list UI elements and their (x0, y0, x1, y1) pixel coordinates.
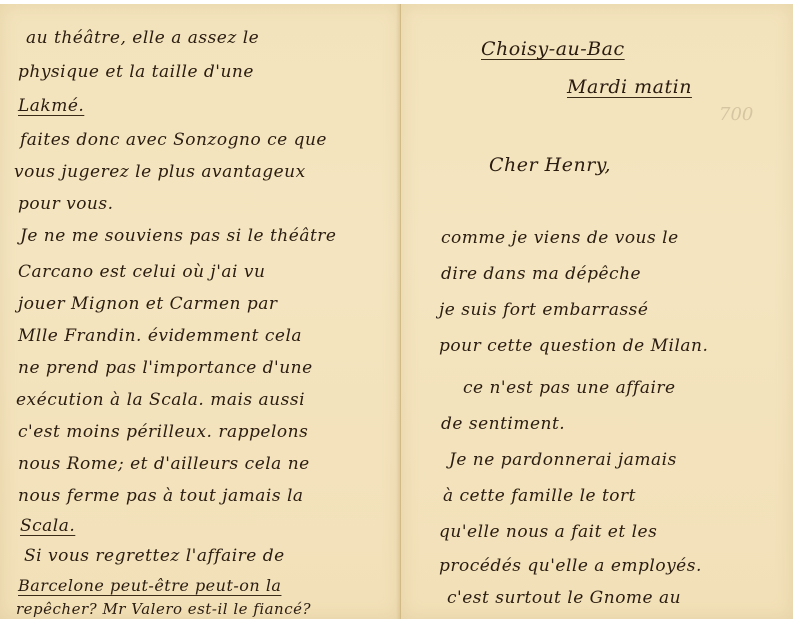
letter-line: de sentiment. (441, 414, 565, 434)
letter-line: c'est surtout le Gnome au (447, 588, 681, 608)
letter-line: à cette famille le tort (443, 486, 636, 506)
letter-line: Je ne me souviens pas si le théâtre (20, 226, 336, 246)
letter-line: pour vous. (18, 194, 114, 214)
letter-line: je suis fort embarrassé (439, 300, 648, 320)
left-page: au théâtre, elle a assez le physique et … (0, 4, 401, 619)
letter-line: Je ne pardonnerai jamais (449, 450, 677, 470)
letter-line: ne prend pas l'importance d'une (18, 358, 313, 378)
faint-archive-mark: 700 (719, 104, 753, 125)
letter-date: Mardi matin (567, 76, 692, 98)
letter-salutation: Cher Henry, (489, 154, 611, 176)
letter-line: faites donc avec Sonzogno ce que (20, 130, 327, 150)
letter-line: ce n'est pas une affaire (463, 378, 676, 398)
letter-spread: au théâtre, elle a assez le physique et … (0, 0, 800, 623)
letter-line-underlined: Lakmé. (18, 96, 84, 116)
letter-line: exécution à la Scala. mais aussi (16, 390, 305, 410)
letter-line: comme je viens de vous le (441, 228, 679, 248)
letter-line: nous ferme pas à tout jamais la (18, 486, 304, 506)
letter-line: procédés qu'elle a employés. (439, 556, 702, 576)
letter-line-underlined: Scala. (20, 516, 75, 536)
letter-line-underlined: Barcelone peut-être peut-on la (18, 576, 281, 595)
letter-line: nous Rome; et d'ailleurs cela ne (18, 454, 310, 474)
letter-line: Mlle Frandin. évidemment cela (18, 326, 302, 346)
letter-line: qu'elle nous a fait et les (439, 522, 657, 542)
letter-line: au théâtre, elle a assez le (26, 28, 259, 48)
letter-line: vous jugerez le plus avantageux (14, 162, 306, 182)
letter-line: jouer Mignon et Carmen par (18, 294, 278, 314)
letter-line: repêcher? Mr Valero est-il le fiancé? (16, 600, 311, 618)
scan-margin (793, 4, 800, 619)
letter-line: Carcano est celui où j'ai vu (18, 262, 265, 282)
letter-line: Si vous regrettez l'affaire de (24, 546, 285, 566)
letter-place: Choisy-au-Bac (481, 38, 625, 60)
letter-line: physique et la taille d'une (18, 62, 254, 82)
letter-line: dire dans ma dépêche (441, 264, 641, 284)
letter-line: pour cette question de Milan. (439, 336, 708, 356)
letter-line: c'est moins périlleux. rappelons (18, 422, 308, 442)
right-page: Choisy-au-Bac Mardi matin 700 Cher Henry… (401, 4, 793, 619)
